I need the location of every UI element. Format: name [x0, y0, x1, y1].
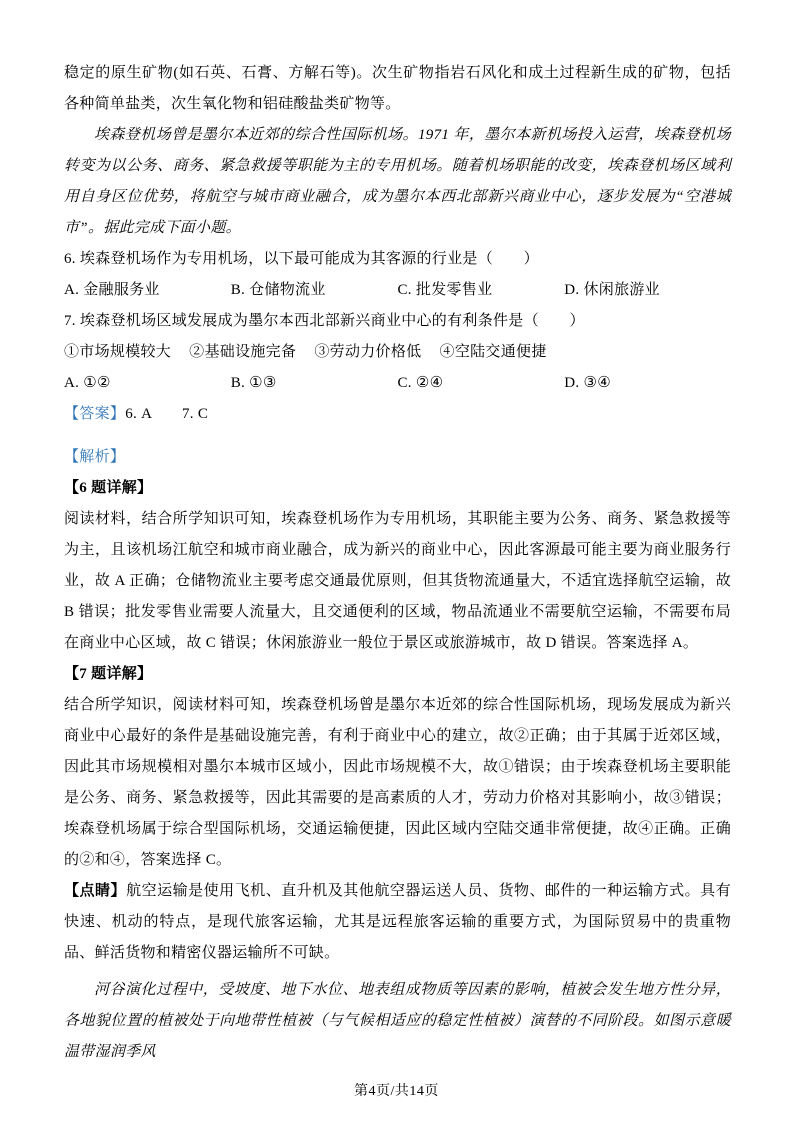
question-7-statements: ①市场规模较大 ②基础设施完备 ③劳动力价格低 ④空陆交通便捷: [64, 337, 731, 368]
question-6-detail-body: 阅读材料，结合所学知识可知，埃森登机场作为专用机场，其职能主要为公务、商务、紧急…: [64, 504, 731, 659]
question-7-option-a: A. ①②: [64, 368, 111, 399]
document-page: 稳定的原生矿物(如石英、石膏、方解石等)。次生矿物指岩石风化和成土过程新生成的矿…: [0, 0, 793, 1122]
tip-body: 航空运输是使用飞机、直升机及其他航空器运送人员、货物、邮件的一种运输方式。具有快…: [64, 883, 731, 961]
question-6-option-d: D. 休闲旅游业: [564, 275, 660, 306]
footer-page-number: 第4页/共14页: [0, 1082, 793, 1102]
question-6-option-b: B. 仓储物流业: [231, 275, 326, 306]
paragraph-material-valley-vegetation: 河谷演化过程中，受坡度、地下水位、地表组成物质等因素的影响，植被会发生地方性分异…: [64, 975, 731, 1068]
question-7-statement-2: ②基础设施完备: [189, 344, 296, 360]
question-6-option-c: C. 批发零售业: [398, 275, 493, 306]
question-6-option-a: A. 金融服务业: [64, 275, 160, 306]
question-7-statement-3: ③劳动力价格低: [314, 344, 421, 360]
question-7-option-c: C. ②④: [398, 368, 444, 399]
answer-label: 【答案】: [64, 406, 125, 422]
question-6-detail-heading: 【6 题详解】: [64, 473, 731, 504]
answer-line: 【答案】6. A 7. C: [64, 399, 731, 430]
question-7-stem: 7. 埃森登机场区域发展成为墨尔本西北部新兴商业中心的有利条件是（ ）: [64, 306, 731, 337]
question-7-options: A. ①② B. ①③ C. ②④ D. ③④: [64, 368, 731, 399]
question-6-stem: 6. 埃森登机场作为专用机场，以下最可能成为其客源的行业是（ ）: [64, 244, 731, 275]
analysis-label: 【解析】: [64, 449, 125, 465]
tip-paragraph: 【点睛】航空运输是使用飞机、直升机及其他航空器运送人员、货物、邮件的一种运输方式…: [64, 876, 731, 969]
paragraph-material-essendon-airport: 埃森登机场曾是墨尔本近郊的综合性国际机场。1971 年，墨尔本新机场投入运营，埃…: [64, 120, 731, 244]
question-7-option-d: D. ③④: [564, 368, 611, 399]
tip-label: 【点睛】: [64, 883, 126, 899]
question-7-statement-4: ④空陆交通便捷: [440, 344, 547, 360]
paragraph-secondary-minerals: 稳定的原生矿物(如石英、石膏、方解石等)。次生矿物指岩石风化和成土过程新生成的矿…: [64, 58, 731, 120]
question-7-detail-body: 结合所学知识，阅读材料可知，埃森登机场曾是墨尔本近郊的综合性国际机场，现场发展成…: [64, 690, 731, 876]
question-6-options: A. 金融服务业 B. 仓储物流业 C. 批发零售业 D. 休闲旅游业: [64, 275, 731, 306]
answer-value: 6. A 7. C: [125, 406, 208, 422]
analysis-line: 【解析】: [64, 442, 731, 473]
question-7-option-b: B. ①③: [231, 368, 277, 399]
question-7-detail-heading: 【7 题详解】: [64, 659, 731, 690]
question-7-statement-1: ①市场规模较大: [64, 344, 171, 360]
